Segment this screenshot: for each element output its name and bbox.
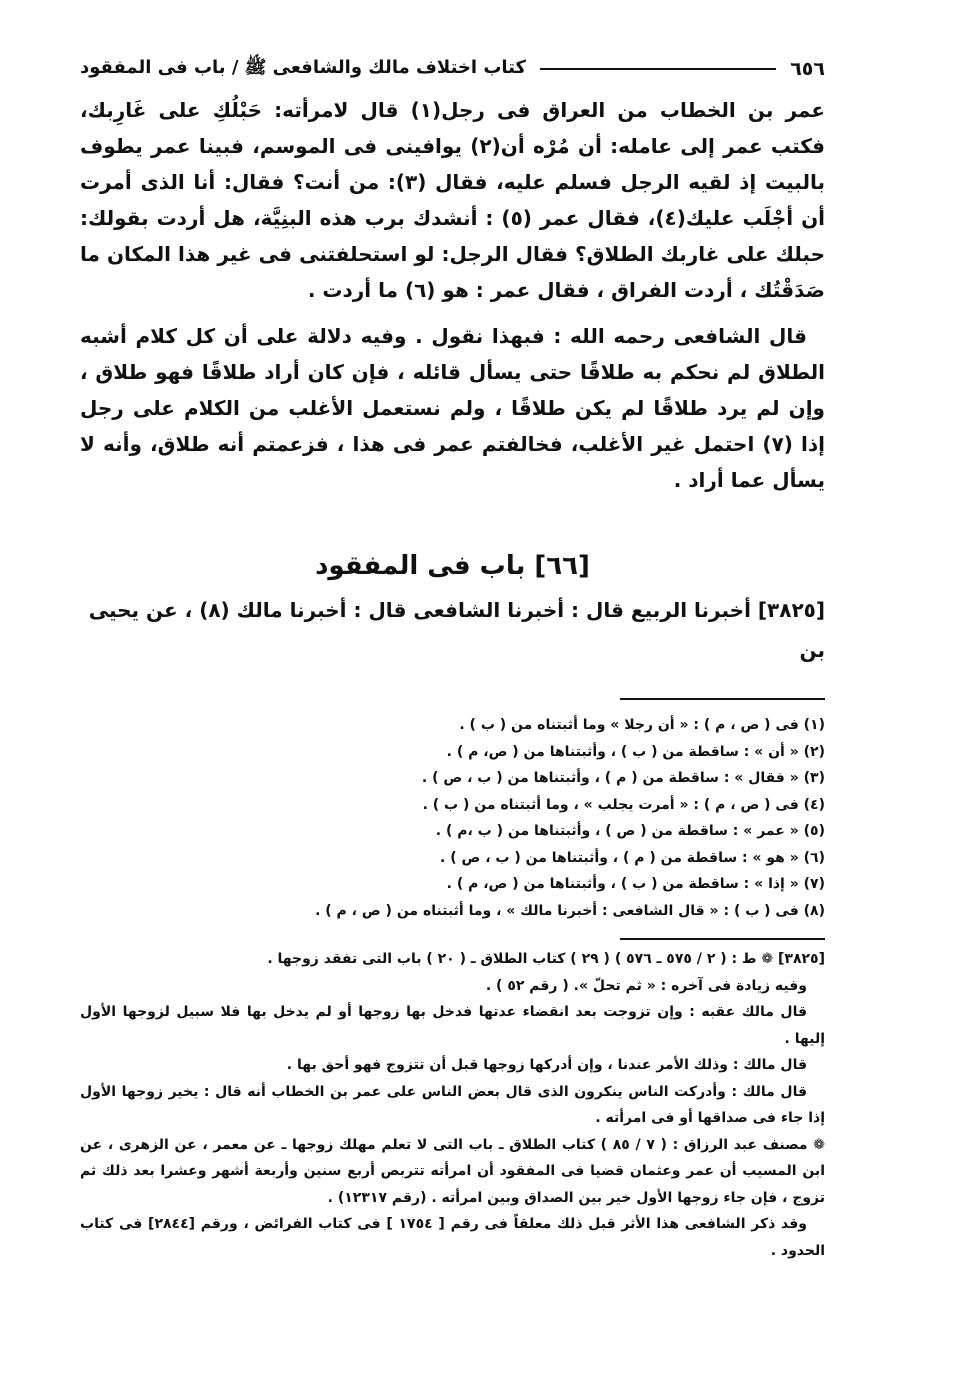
hadith-intro: [٣٨٢٥] أخبرنا الربيع قال : أخبرنا الشافع… [80, 590, 825, 670]
takhrij-line: قال مالك : وأدركت الناس ينكرون الذى قال … [80, 1079, 825, 1132]
footnotes: (١) فى ( ص ، م ) : « أن رجلا » وما أثبتن… [80, 712, 825, 924]
header-rule [540, 68, 776, 70]
footnote-1: (١) فى ( ص ، م ) : « أن رجلا » وما أثبتن… [80, 712, 825, 739]
takhrij-line: وقد ذكر الشافعى هذا الأثر قبل ذلك معلقاً… [80, 1211, 825, 1264]
takhrij-line: وفيه زيادة فى آخره : « ثم تحلّ ». ( رقم … [80, 973, 825, 1000]
footnote-2: (٢) « أن » : ساقطة من ( ب ) ، وأثبتناها … [80, 739, 825, 766]
main-text: عمر بن الخطاب من العراق فى رجل(١) قال لا… [80, 92, 825, 498]
footnote-6: (٦) « هو » : ساقطة من ( م ) ، وأثبتناها … [80, 845, 825, 872]
running-title: كتاب اختلاف مالك والشافعى ﷺ / باب فى الم… [80, 56, 526, 82]
takhrij-divider [620, 938, 825, 940]
paragraph-2: قال الشافعى رحمه الله : فبهذا نقول . وفي… [80, 318, 825, 498]
takhrij-line: ❁ مصنف عبد الرزاق : ( ٧ / ٨٥ ) كتاب الطل… [80, 1132, 825, 1212]
paragraph-1: عمر بن الخطاب من العراق فى رجل(١) قال لا… [80, 92, 825, 308]
takhrij-line: قال مالك : وذلك الأمر عندنا ، وإن أدركها… [80, 1052, 825, 1079]
takhrij-notes: [٣٨٢٥] ❁ ط : ( ٢ / ٥٧٥ ـ ٥٧٦ ) ( ٢٩ ) كت… [80, 946, 825, 1264]
footnote-4: (٤) فى ( ص ، م ) : « أمرت يجلب » ، وما أ… [80, 792, 825, 819]
footnote-7: (٧) « إذا » : ساقطة من ( ب ) ، وأثبتناها… [80, 871, 825, 898]
footnote-divider [620, 698, 825, 700]
running-header: ٦٥٦ كتاب اختلاف مالك والشافعى ﷺ / باب فى… [80, 52, 825, 86]
footnote-8: (٨) فى ( ب ) : « قال الشافعى : أخبرنا ما… [80, 898, 825, 925]
footnote-3: (٣) « فقال » : ساقطة من ( م ) ، وأثبتناه… [80, 765, 825, 792]
page-number: ٦٥٦ [790, 58, 825, 80]
takhrij-line: قال مالك عقبه : وإن تزوجت بعد انقضاء عدت… [80, 999, 825, 1052]
footnote-5: (٥) « عمر » : ساقطة من ( ص ) ، وأثبتناها… [80, 818, 825, 845]
takhrij-line: [٣٨٢٥] ❁ ط : ( ٢ / ٥٧٥ ـ ٥٧٦ ) ( ٢٩ ) كت… [80, 946, 825, 973]
book-page: ٦٥٦ كتاب اختلاف مالك والشافعى ﷺ / باب فى… [80, 52, 825, 1264]
chapter-title: [٦٦] باب فى المفقود [80, 546, 825, 586]
